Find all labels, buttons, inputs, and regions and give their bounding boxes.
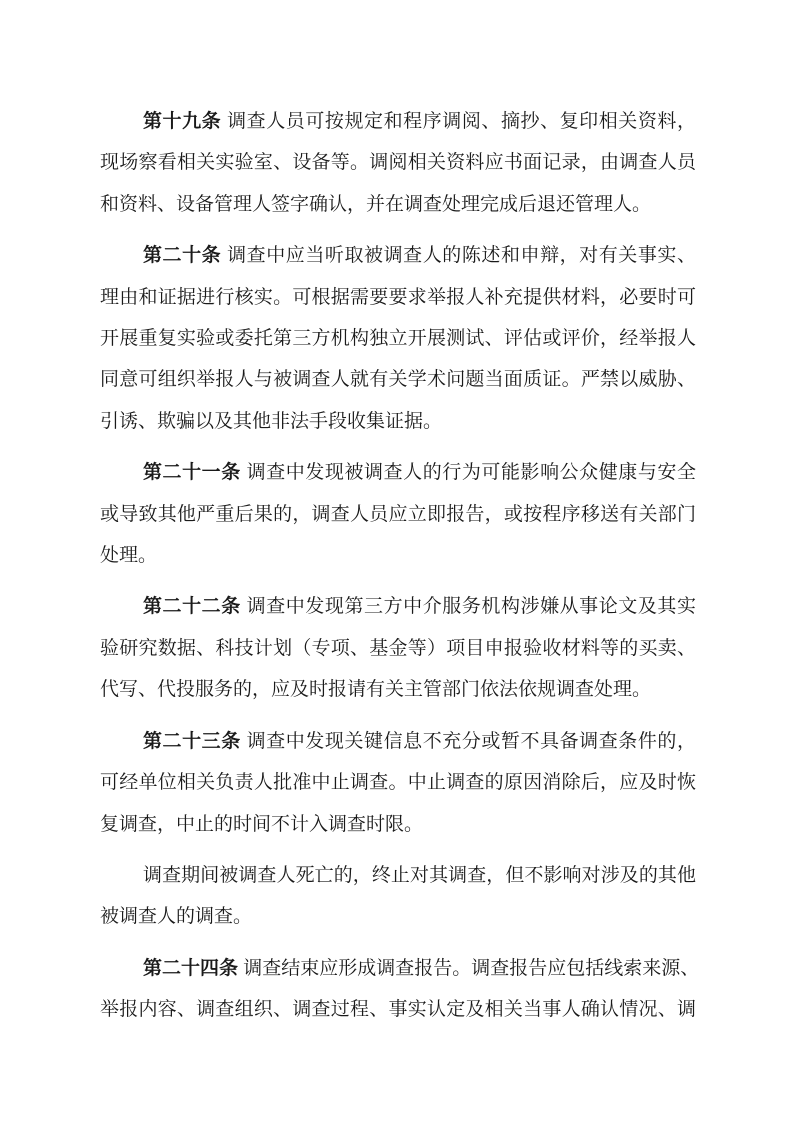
article-number: 第二十三条 <box>143 731 241 752</box>
document-line: 同意可组织举报人与被调查人就有关学术问题当面质证。严禁以威胁、 <box>100 359 696 400</box>
document-line: 验研究数据、科技计划（专项、基金等）项目申报验收材料等的买卖、 <box>100 628 696 669</box>
document-line: 第二十三条 调查中发现关键信息不充分或暂不具备调查条件的， <box>100 721 696 762</box>
document-line: 现场察看相关实验室、设备等。调阅相关资料应书面记录，由调查人员 <box>100 142 696 183</box>
document-line: 被调查人的调查。 <box>100 896 696 937</box>
document-line: 开展重复实验或委托第三方机构独立开展测试、评估或评价，经举报人 <box>100 318 696 359</box>
article-number: 第十九条 <box>143 111 221 132</box>
article-number: 第二十四条 <box>143 958 238 979</box>
document-page: 第十九条 调查人员可按规定和程序调阅、摘抄、复印相关资料，现场察看相关实验室、设… <box>0 0 793 1122</box>
article-number: 第二十一条 <box>143 462 241 483</box>
document-line: 可经单位相关负责人批准中止调查。中止调查的原因消除后，应及时恢 <box>100 762 696 803</box>
document-line: 第二十二条 调查中发现第三方中介服务机构涉嫌从事论文及其实 <box>100 586 696 627</box>
paragraph: 第二十条 调查中应当听取被调查人的陈述和申辩，对有关事实、理由和证据进行核实。可… <box>100 235 696 442</box>
document-line: 或导致其他严重后果的，调查人员应立即报告，或按程序移送有关部门 <box>100 494 696 535</box>
document-line: 第二十一条 调查中发现被调查人的行为可能影响公众健康与安全 <box>100 452 696 493</box>
document-line: 第二十条 调查中应当听取被调查人的陈述和申辩，对有关事实、 <box>100 235 696 276</box>
paragraph: 第二十二条 调查中发现第三方中介服务机构涉嫌从事论文及其实验研究数据、科技计划（… <box>100 586 696 710</box>
document-line: 复调查，中止的时间不计入调查时限。 <box>100 804 696 845</box>
paragraph: 第二十一条 调查中发现被调查人的行为可能影响公众健康与安全或导致其他严重后果的，… <box>100 452 696 576</box>
article-number: 第二十条 <box>143 245 221 266</box>
document-line: 代写、代投服务的，应及时报请有关主管部门依法依规调查处理。 <box>100 669 696 710</box>
paragraph: 第二十三条 调查中发现关键信息不充分或暂不具备调查条件的，可经单位相关负责人批准… <box>100 721 696 845</box>
paragraph: 第十九条 调查人员可按规定和程序调阅、摘抄、复印相关资料，现场察看相关实验室、设… <box>100 101 696 225</box>
document-line: 和资料、设备管理人签字确认，并在调查处理完成后退还管理人。 <box>100 184 696 225</box>
document-line: 处理。 <box>100 535 696 576</box>
document-line: 理由和证据进行核实。可根据需要要求举报人补充提供材料，必要时可 <box>100 277 696 318</box>
document-body: 第十九条 调查人员可按规定和程序调阅、摘抄、复印相关资料，现场察看相关实验室、设… <box>100 101 696 1031</box>
paragraph: 第二十四条 调查结束应形成调查报告。调查报告应包括线索来源、举报内容、调查组织、… <box>100 948 696 1031</box>
document-line: 第十九条 调查人员可按规定和程序调阅、摘抄、复印相关资料， <box>100 101 696 142</box>
article-number: 第二十二条 <box>143 596 241 617</box>
paragraph: 调查期间被调查人死亡的，终止对其调查，但不影响对涉及的其他被调查人的调查。 <box>100 855 696 938</box>
document-line: 第二十四条 调查结束应形成调查报告。调查报告应包括线索来源、 <box>100 948 696 989</box>
document-line: 引诱、欺骗以及其他非法手段收集证据。 <box>100 401 696 442</box>
document-line: 举报内容、调查组织、调查过程、事实认定及相关当事人确认情况、调 <box>100 989 696 1030</box>
document-line: 调查期间被调查人死亡的，终止对其调查，但不影响对涉及的其他 <box>100 855 696 896</box>
